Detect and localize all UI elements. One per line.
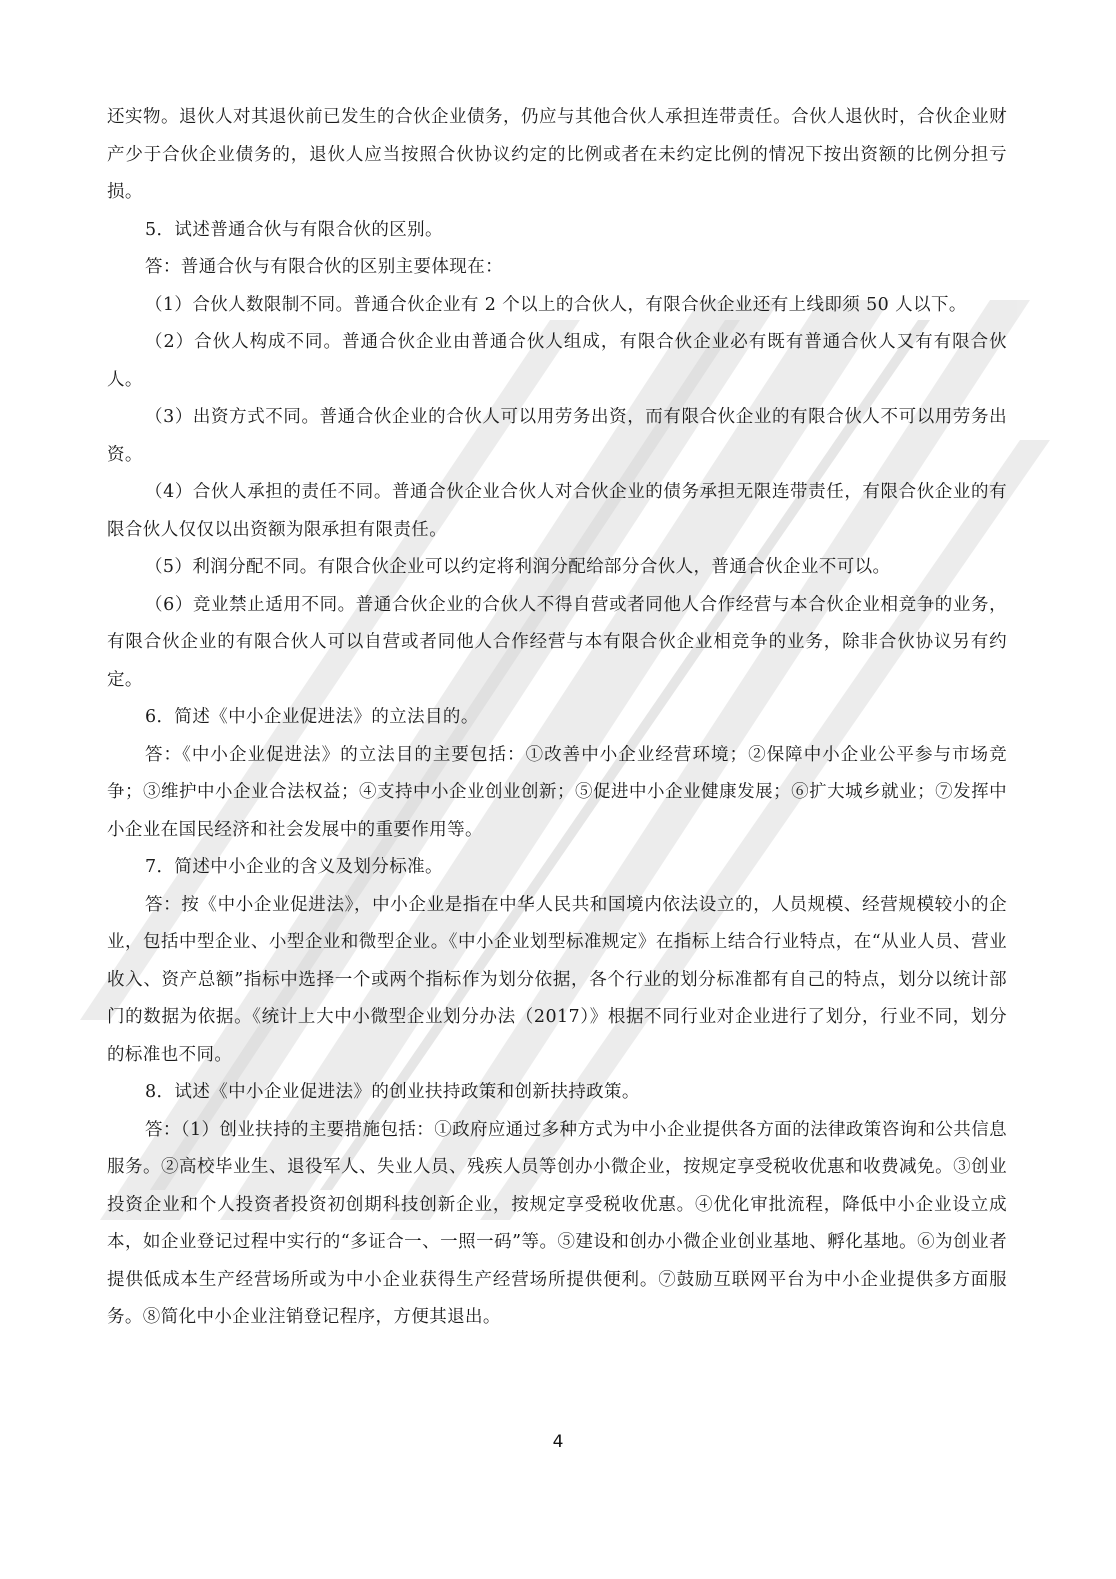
answer-5-item-2: （2）合伙人构成不同。普通合伙企业由普通合伙人组成，有限合伙企业必有既有普通合伙…	[107, 324, 1007, 399]
page-number: 4	[0, 1432, 1116, 1452]
question-6: 6．简述《中小企业促进法》的立法目的。	[107, 699, 1007, 737]
question-7: 7．简述中小企业的含义及划分标准。	[107, 849, 1007, 887]
answer-7: 答：按《中小企业促进法》，中小企业是指在中华人民共和国境内依法设立的，人员规模、…	[107, 887, 1007, 1075]
answer-5-item-4: （4）合伙人承担的责任不同。普通合伙企业合伙人对合伙企业的债务承担无限连带责任，…	[107, 474, 1007, 549]
answer-8: 答：（1）创业扶持的主要措施包括：①政府应通过多种方式为中小企业提供各方面的法律…	[107, 1112, 1007, 1337]
document-page: 还实物。退伙人对其退伙前已发生的合伙企业债务，仍应与其他合伙人承担连带责任。合伙…	[107, 99, 1007, 1337]
answer-5-item-6: （6）竞业禁止适用不同。普通合伙企业的合伙人不得自营或者同他人合作经营与本合伙企…	[107, 587, 1007, 700]
question-8: 8．试述《中小企业促进法》的创业扶持政策和创新扶持政策。	[107, 1074, 1007, 1112]
answer-5-item-3: （3）出资方式不同。普通合伙企业的合伙人可以用劳务出资，而有限合伙企业的有限合伙…	[107, 399, 1007, 474]
answer-5-item-5: （5）利润分配不同。有限合伙企业可以约定将利润分配给部分合伙人，普通合伙企业不可…	[107, 549, 1007, 587]
answer-6: 答：《中小企业促进法》的立法目的主要包括：①改善中小企业经营环境；②保障中小企业…	[107, 737, 1007, 850]
paragraph-continuation: 还实物。退伙人对其退伙前已发生的合伙企业债务，仍应与其他合伙人承担连带责任。合伙…	[107, 99, 1007, 212]
question-5: 5．试述普通合伙与有限合伙的区别。	[107, 212, 1007, 250]
answer-5-item-1: （1）合伙人数限制不同。普通合伙企业有 2 个以上的合伙人，有限合伙企业还有上线…	[107, 287, 1007, 325]
answer-5-intro: 答：普通合伙与有限合伙的区别主要体现在：	[107, 249, 1007, 287]
